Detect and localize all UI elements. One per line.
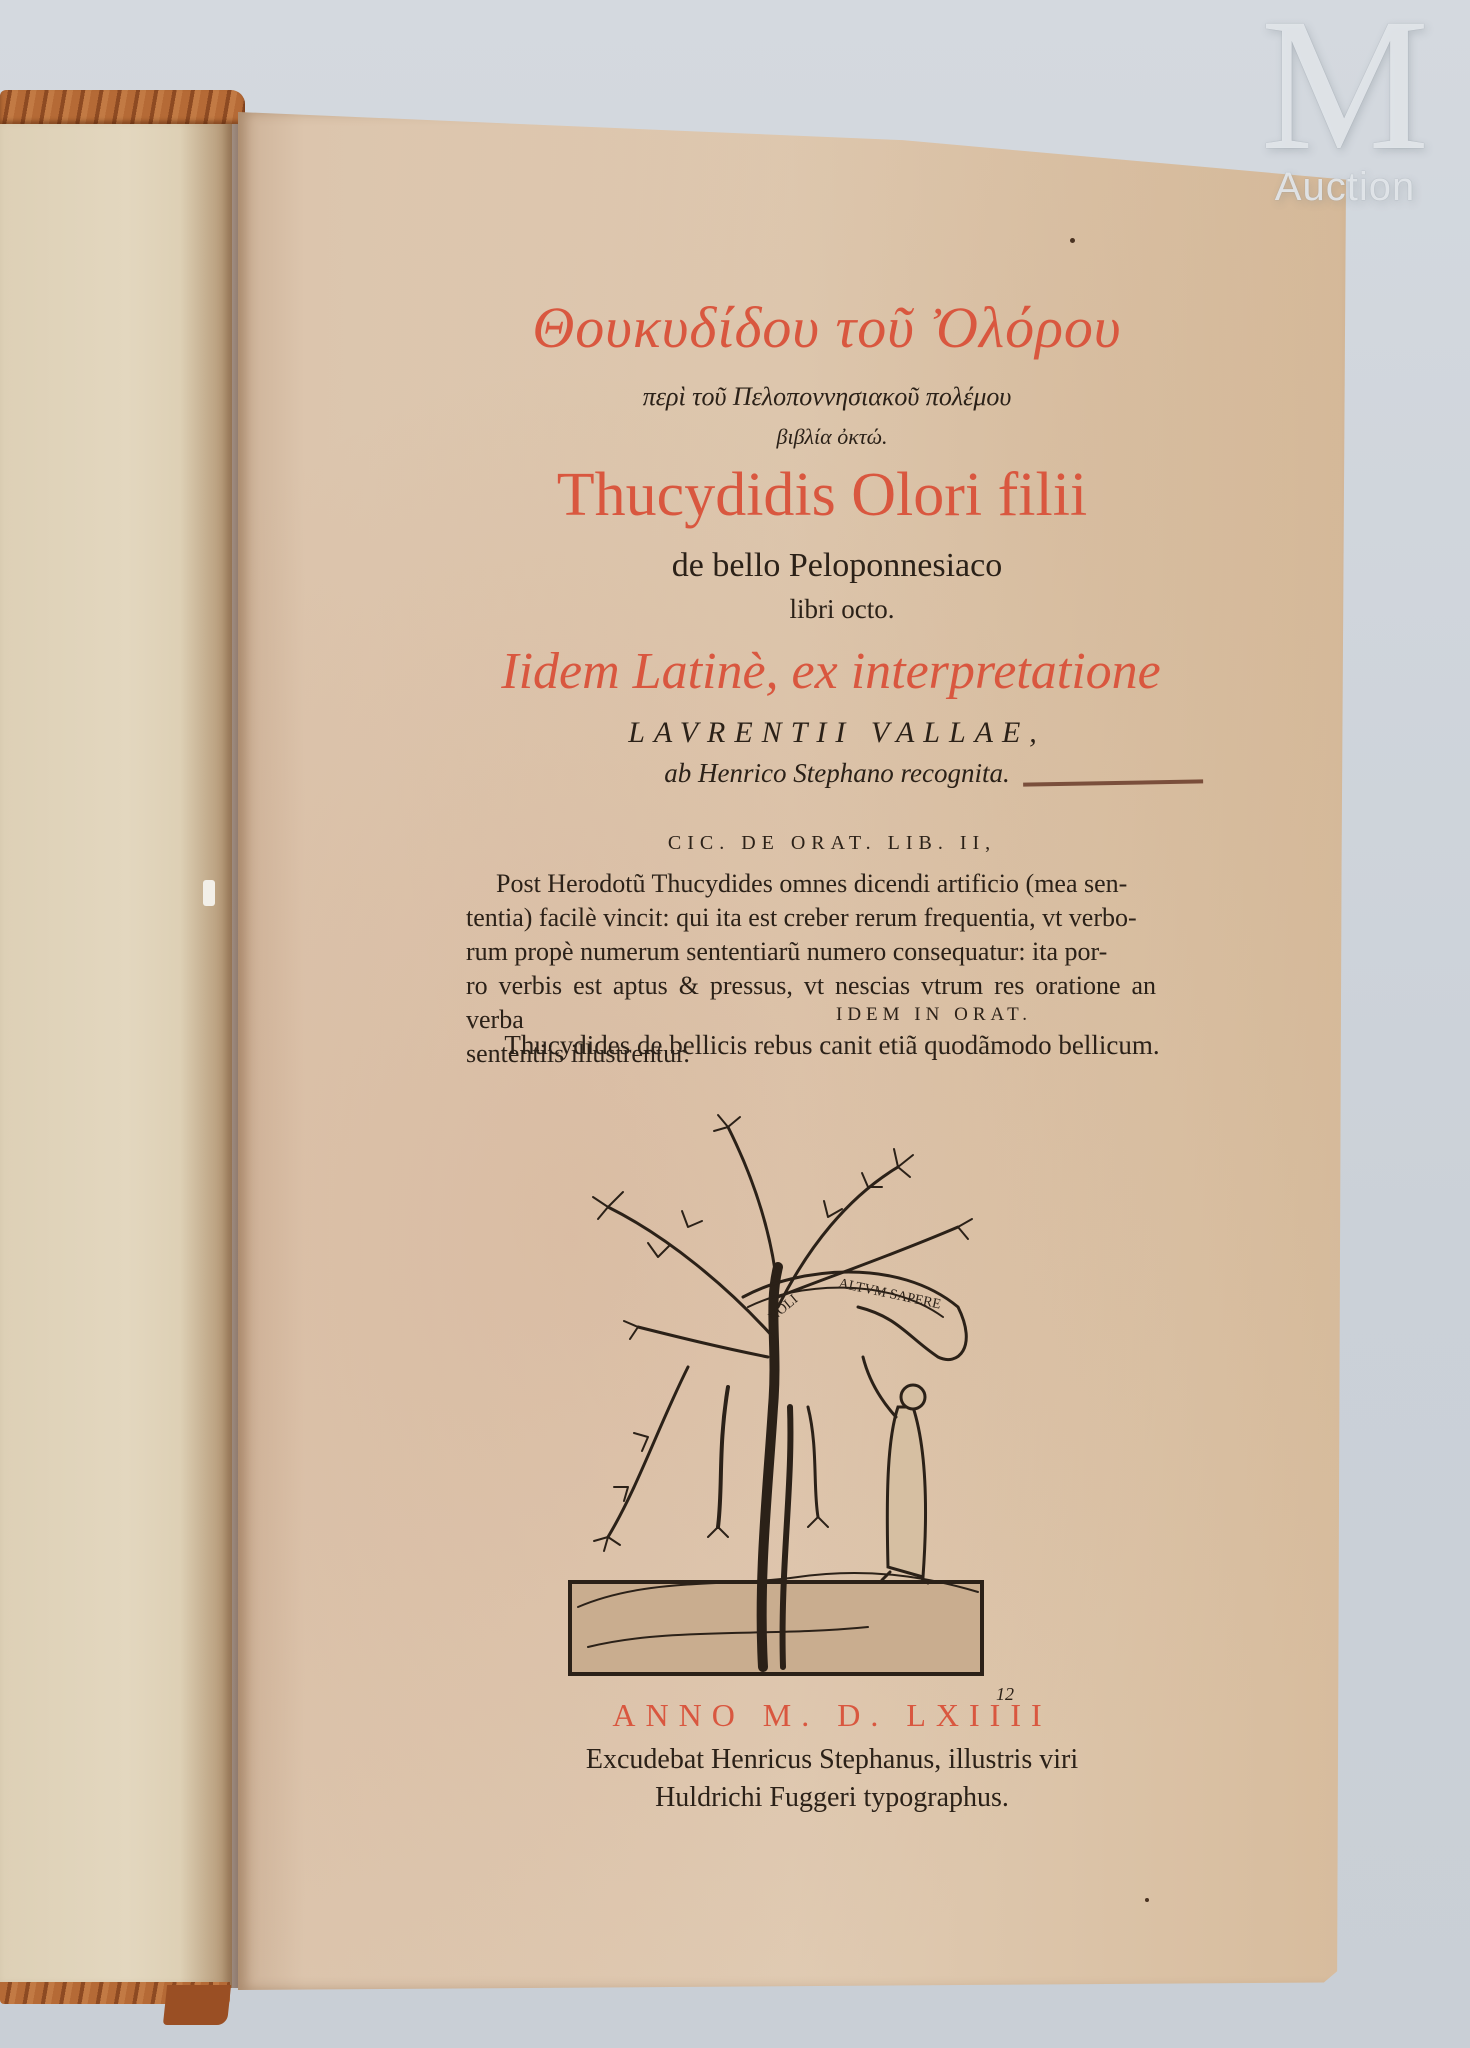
leather-binding-corner (163, 1985, 231, 2025)
printer-device-woodcut: ALTVM SAPERE NOLI (568, 1107, 988, 1682)
greek-title: Θουκυδίδου τοῦ Ὀλόρου (308, 294, 1346, 361)
quote2: Thucydides de bellicis rebus canit etiã … (318, 1030, 1346, 1061)
foxing-spot (1145, 1898, 1149, 1902)
latin-subtitle: de bello Peloponnesiaco (328, 547, 1346, 585)
imprint-line-1: Excudebat Henricus Stephanus, illustris … (318, 1744, 1346, 1776)
quote-line: rum propè numerum sententiarũ numero con… (466, 935, 1156, 969)
quote-line: tentia) facilè vincit: qui ita est crebe… (466, 901, 1156, 935)
handwritten-annotation (1023, 765, 1203, 786)
greek-subtitle-2: βιβλία ὀκτώ. (318, 424, 1346, 450)
quote-source: CIC. DE ORAT. LIB. II, (318, 832, 1346, 855)
olive-tree-icon: ALTVM SAPERE NOLI (568, 1107, 988, 1682)
quote2-source: IDEM IN ORAT. (836, 1004, 1032, 1026)
flyleaf-tear (203, 880, 215, 906)
quote-line: ro verbis est aptus & pressus, vt nescia… (466, 969, 1156, 1037)
latin-title: Thucydidis Olori filii (298, 460, 1346, 531)
quote-line: Post Herodotũ Thucydides omnes dicendi a… (466, 867, 1156, 901)
translator-name: LAVRENTII VALLAE, (328, 716, 1346, 750)
latin-subtitle-2: libri octo. (338, 594, 1346, 625)
watermark-logo-letter: M (1245, 5, 1445, 165)
imprint-line-2: Huldrichi Fuggeri typographus. (318, 1782, 1346, 1814)
book-gutter (180, 118, 240, 1988)
title-page-text: Θουκυδίδου τοῦ Ὀλόρου περὶ τοῦ Πελοποννη… (238, 112, 1346, 1990)
publication-year: ANNO M. D. LXIIII (318, 1697, 1346, 1734)
auction-watermark: M Auction (1245, 5, 1445, 209)
leather-binding-top (0, 90, 245, 124)
translation-line: Iidem Latinè, ex interpretatione (316, 642, 1346, 701)
watermark-label: Auction (1245, 165, 1445, 209)
motto-text: ALTVM SAPERE (837, 1276, 942, 1312)
foxing-spot (1070, 238, 1075, 243)
greek-subtitle: περὶ τοῦ Πελοποννησιακοῦ πολέμου (308, 382, 1346, 412)
